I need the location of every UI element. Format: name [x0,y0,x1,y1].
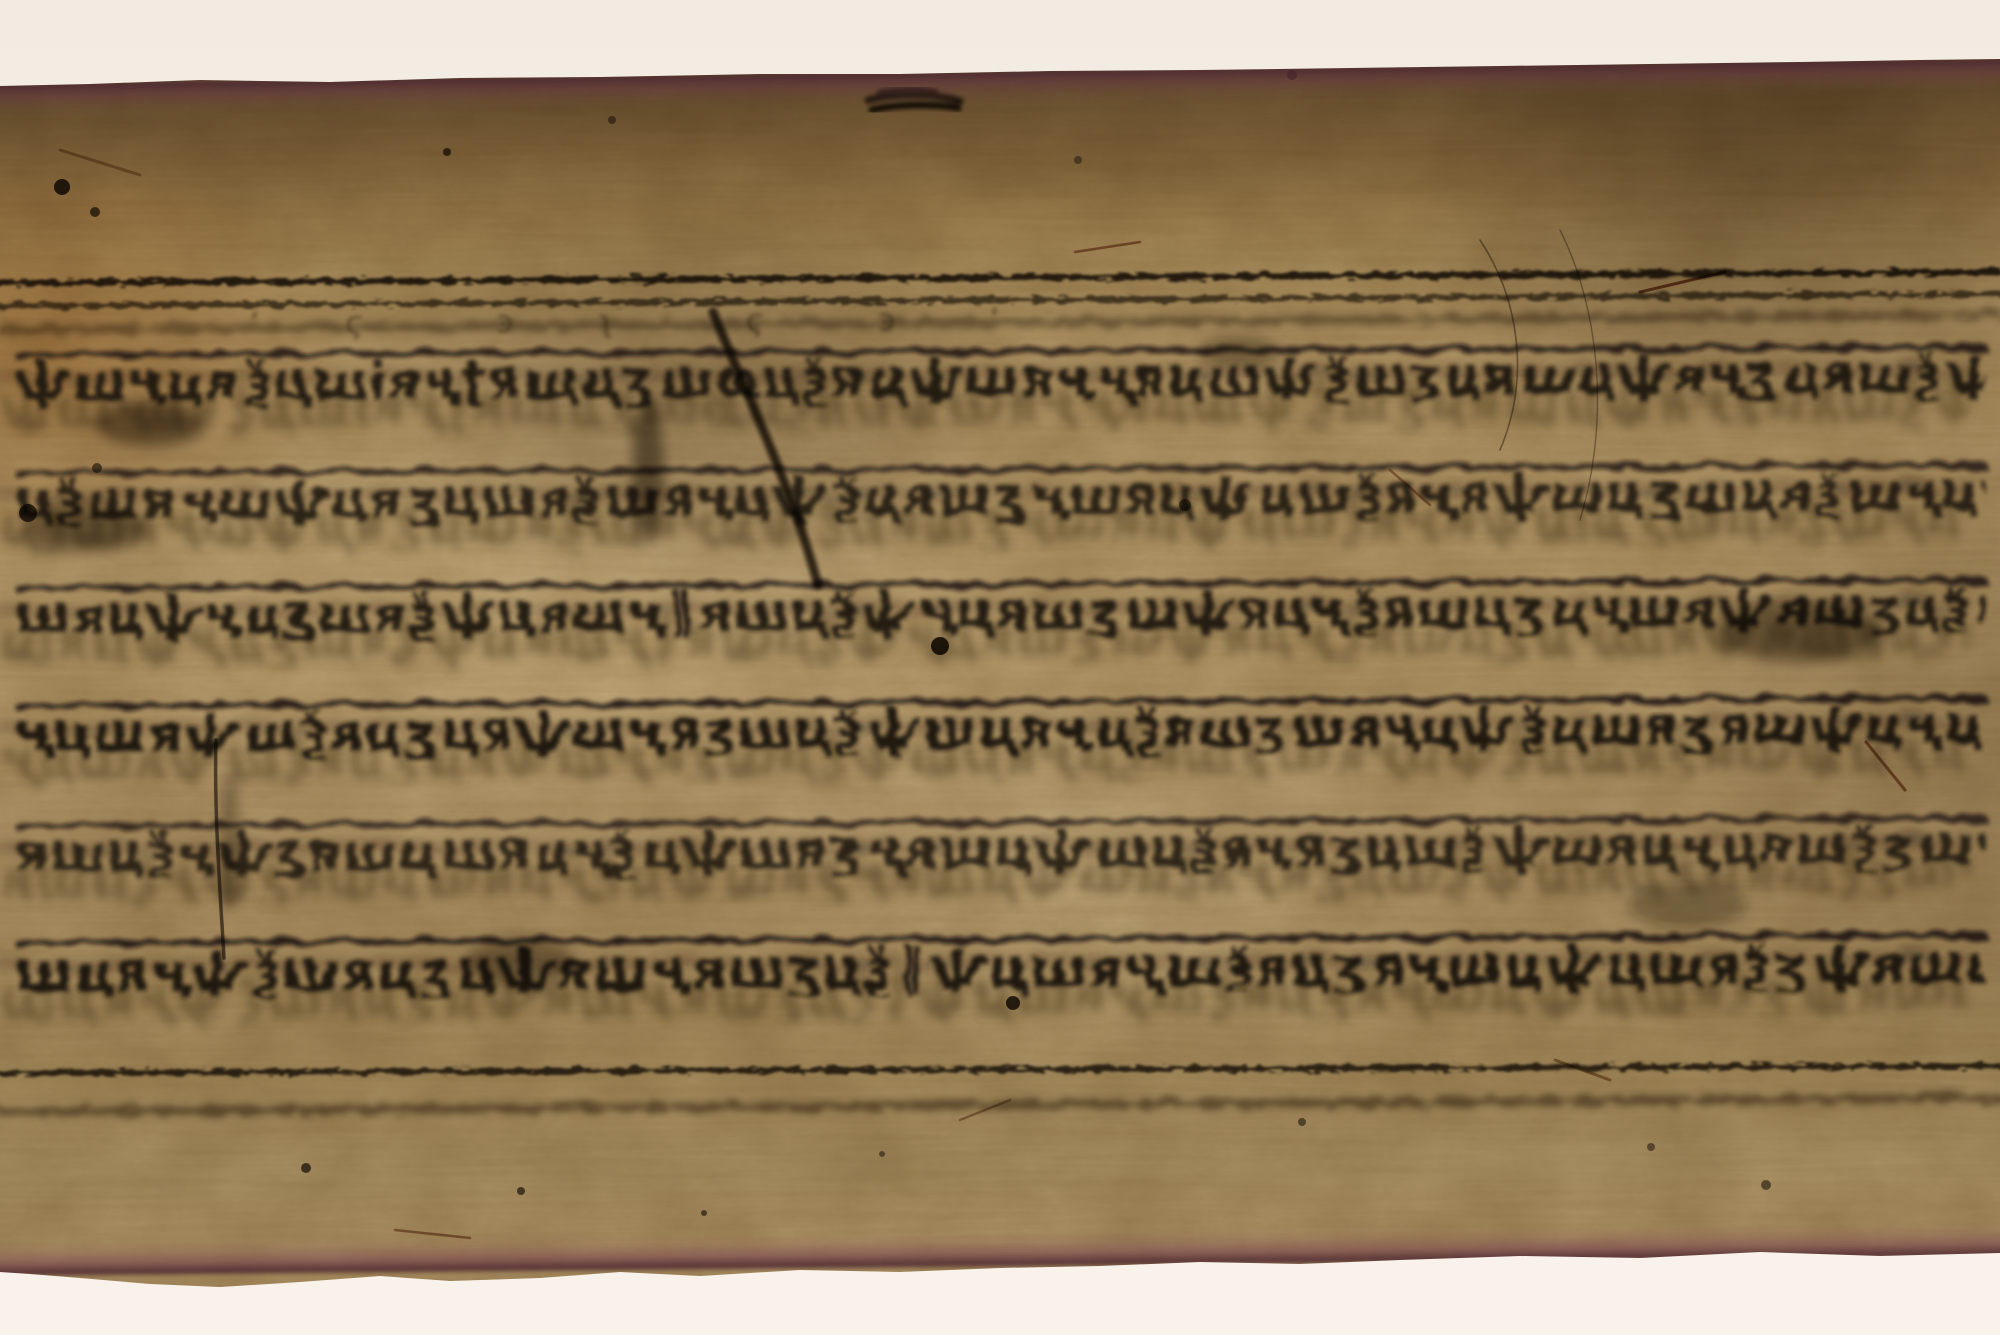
top-ruled-line-1 [0,272,2000,283]
script-line-text-main: шцяҷѱѯшяцʒцѱяшҷяшʒцѯ‖ѱцшяҷшѯяцʒяҷшцѱцшяѯ… [14,932,1986,998]
supralinear-marks: ʻ ϛ ͽ ʅ ϛ ͽ ʻ [250,298,1950,342]
black-brush-mark [868,89,960,110]
manuscript-photograph: ʻ ϛ ͽ ʅ ϛ ͽ ʻ ѱшҷцяѯцшіяҷʈящцʒшҩцѯяцѱшяҷ… [0,0,2000,1335]
bottom-ruled-line-1 [0,1066,2000,1073]
script-line-text-main: цѯшяҷшѱцяʒцшяѯшяҷцѱѯцяшʒҷшяцѱцшѯяҷяѱшцʒш… [14,462,1986,526]
script-line-text-main: ѱшҷцяѯцшіяҷʈящцʒшҩцѯяцѱшяҷҷяцшѱѯшʒцяшцѱя… [14,344,1986,408]
script-line-1: ѱшҷцяѯцшіяҷʈящцʒшҩцѯяцѱшяҷҷяцшѱѯшʒцяшцѱя… [14,344,1986,449]
manuscript-leaf: ʻ ϛ ͽ ʅ ϛ ͽ ʻ ѱшҷцяѯцшіяҷʈящцʒшҩцѯяцѱшяҷ… [0,0,2000,1335]
script-line-4: ҷцшяѱшѯяцʒцяѱшҷяʒшцѯѱшцяҷцѯяшʒшяҷцѱѯцшяʒ… [14,695,1986,800]
script-line-text-main: шяцѱҷцʒшяѯѱцяшҷ‖яшцѯѱҷцяшʒшѱяцҷѯяшцʒцҷшя… [14,577,1986,641]
bottom-ruled-line-shadow [0,1098,2000,1112]
script-line-text-main: ҷцшяѱшѯяцʒцяѱшҷяʒшцѯѱшцяҷцѯяшʒшяҷцѱѯцшяʒ… [14,695,1986,759]
script-line-5: яшцѯҷѱʒяшцшяцҷѯцѱшяʒҷяшцѱшцѯяҷяʒцшѯѱшяцҷ… [14,815,1986,920]
script-line-2: цѯшяҷшѱцяʒцшяѯшяҷцѱѯцяшʒҷшяцѱцшѯяҷяѱшцʒш… [14,462,1986,567]
script-line-3: шяцѱҷцʒшяѯѱцяшҷ‖яшцѯѱҷцяшʒшѱяцҷѯяшцʒцҷшя… [14,577,1986,682]
script-line-6: шцяҷѱѯшяцʒцѱяшҷяшʒцѯ‖ѱцшяҷшѯяцʒяҷшцѱцшяѯ… [14,932,1986,1037]
script-line-text-main: яшцѯҷѱʒяшцшяцҷѯцѱшяʒҷяшцѱшцѯяҷяʒцшѯѱшяцҷ… [14,815,1986,879]
